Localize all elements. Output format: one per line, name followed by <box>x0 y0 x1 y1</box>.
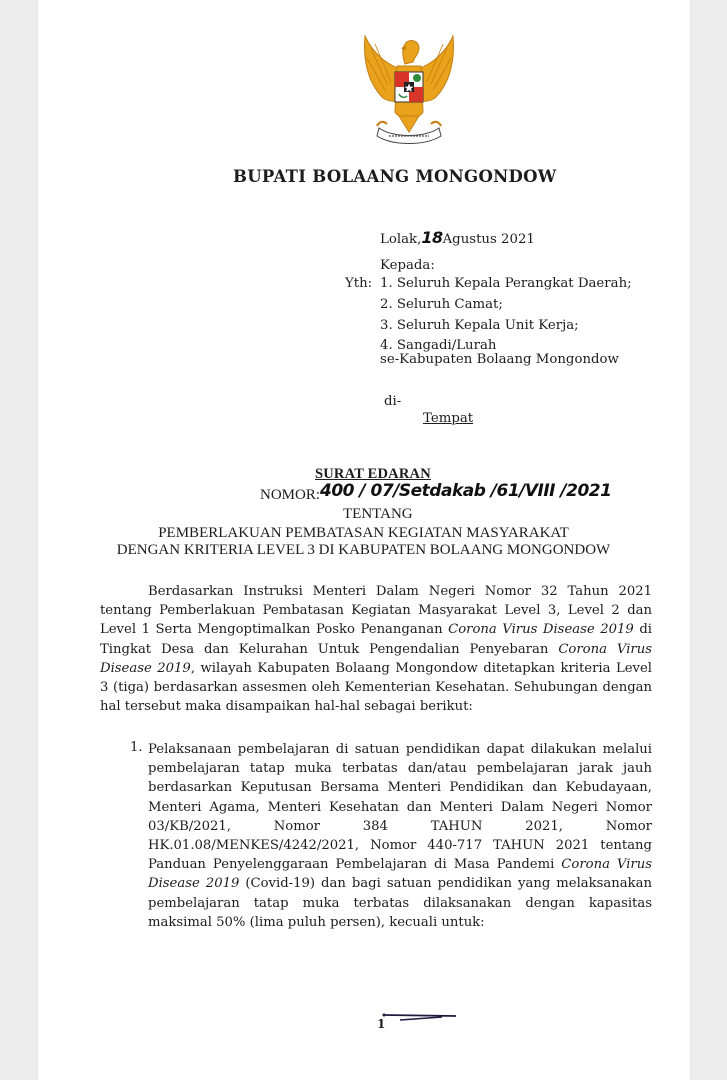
recipient-region: se-Kabupaten Bolaang Mongondow <box>380 352 619 367</box>
recipient-3: 3. Seluruh Kepala Unit Kerja; <box>380 318 579 333</box>
item-text-1: Pelaksanaan pembelajaran di satuan pendi… <box>148 742 652 872</box>
yth-label: Yth: <box>345 276 372 291</box>
list-item: Pelaksanaan pembelajaran di satuan pendi… <box>148 740 652 932</box>
nomor-value-handwritten: 400 / 07/Setdakab /61/VIII /2021 <box>320 481 611 501</box>
item-number: 1. <box>130 740 143 755</box>
recipient-2: 2. Seluruh Camat; <box>380 297 503 312</box>
di-label: di- <box>384 394 401 409</box>
kepada-label: Kepada: <box>380 258 435 273</box>
tentang-label: TENTANG <box>343 506 413 523</box>
place-prefix: Lolak, <box>380 232 421 247</box>
initial-signature-icon <box>382 1012 458 1024</box>
subject-line-2: DENGAN KRITERIA LEVEL 3 DI KABUPATEN BOL… <box>0 542 727 559</box>
document-page: BUPATI BOLAANG MONGONDOW Lolak,18Agustus… <box>38 0 690 1080</box>
tempat-label: Tempat <box>423 411 473 426</box>
handwritten-day: 18 <box>421 228 442 247</box>
nomor-label: NOMOR: <box>260 487 320 504</box>
intro-paragraph: Berdasarkan Instruksi Menteri Dalam Nege… <box>100 582 652 716</box>
date-rest: Agustus 2021 <box>443 232 535 247</box>
recipient-4: 4. Sangadi/Lurah <box>380 338 496 353</box>
intro-italic-1: Corona Virus Disease 2019 <box>448 622 634 637</box>
subject-line-1: PEMBERLAKUAN PEMBATASAN KEGIATAN MASYARA… <box>0 525 727 542</box>
issuer-title: BUPATI BOLAANG MONGONDOW <box>233 167 557 186</box>
recipient-1: 1. Seluruh Kepala Perangkat Daerah; <box>380 276 632 291</box>
place-date: Lolak,18Agustus 2021 <box>380 228 535 247</box>
garuda-emblem-icon <box>353 28 465 148</box>
